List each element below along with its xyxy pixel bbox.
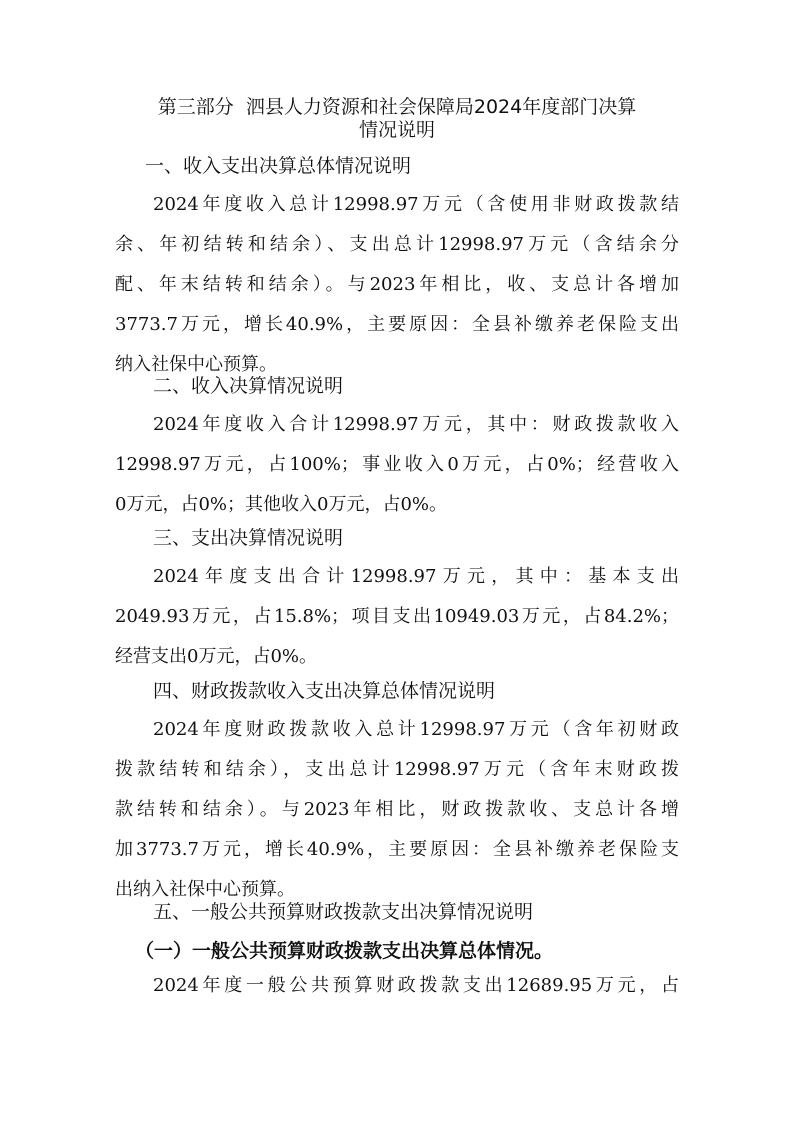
body-line: 2049.93万元，占15.8%；项目支出10949.03万元，占84.2%； xyxy=(115,597,679,637)
section-heading-5: 五、一般公共预算财政拨款支出决算情况说明 xyxy=(153,899,533,925)
section-body-2: 2024年度收入合计12998.97万元，其中：财政拨款收入 12998.97万… xyxy=(115,405,679,525)
body-line: 余、年初结转和结余）、支出总计12998.97万元（含结余分 xyxy=(115,225,679,265)
body-line: 0万元，占0%；其他收入0万元，占0%。 xyxy=(115,485,679,525)
body-line: 12998.97万元，占100%；事业收入0万元，占0%；经营收入 xyxy=(115,445,679,485)
section-heading-4: 四、财政拨款收入支出决算总体情况说明 xyxy=(153,678,495,704)
section-body-5: 2024年度一般公共预算财政拨款支出12689.95万元，占 xyxy=(115,966,679,1006)
page-title: 第三部分 泗县人力资源和社会保障局2024年度部门决算 情况说明 xyxy=(115,96,679,142)
body-line: 加3773.7万元，增长40.9%，主要原因：全县补缴养老保险支 xyxy=(115,830,679,870)
section-body-1: 2024年度收入总计12998.97万元（含使用非财政拨款结 余、年初结转和结余… xyxy=(115,185,679,385)
body-line: 2024年度支出合计12998.97万元，其中：基本支出 xyxy=(115,557,679,597)
page-title-line-1: 第三部分 泗县人力资源和社会保障局2024年度部门决算 xyxy=(115,96,679,119)
body-line: 2024年度收入总计12998.97万元（含使用非财政拨款结 xyxy=(115,185,679,225)
body-line: 款结转和结余）。与2023年相比，财政拨款收、支总计各增 xyxy=(115,790,679,830)
body-line: 经营支出0万元，占0%。 xyxy=(115,637,679,677)
section-heading-1: 一、收入支出决算总体情况说明 xyxy=(145,153,411,179)
section-heading-3: 三、支出决算情况说明 xyxy=(153,525,343,551)
section-heading-2: 二、收入决算情况说明 xyxy=(153,373,343,399)
body-line: 配、年末结转和结余）。与2023年相比，收、支总计各增加 xyxy=(115,265,679,305)
section-subheading-5-1: （一）一般公共预算财政拨款支出决算总体情况。 xyxy=(135,938,553,964)
section-body-4: 2024年度财政拨款收入总计12998.97万元（含年初财政 拨款结转和结余），… xyxy=(115,710,679,910)
body-line: 2024年度一般公共预算财政拨款支出12689.95万元，占 xyxy=(115,966,679,1006)
page-title-line-2: 情况说明 xyxy=(115,119,679,142)
body-line: 拨款结转和结余），支出总计12998.97万元（含年末财政拨 xyxy=(115,750,679,790)
body-line: 2024年度收入合计12998.97万元，其中：财政拨款收入 xyxy=(115,405,679,445)
section-body-3: 2024年度支出合计12998.97万元，其中：基本支出 2049.93万元，占… xyxy=(115,557,679,677)
body-line: 2024年度财政拨款收入总计12998.97万元（含年初财政 xyxy=(115,710,679,750)
body-line: 3773.7万元，增长40.9%，主要原因：全县补缴养老保险支出 xyxy=(115,305,679,345)
